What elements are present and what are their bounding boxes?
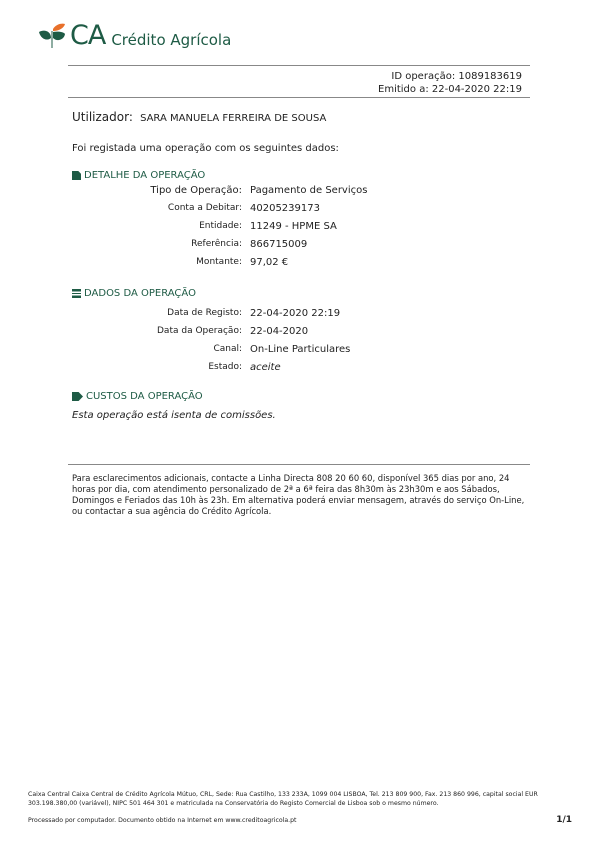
detail-row: Conta a Debitar:40205239173: [72, 199, 472, 217]
calendar-document-icon: [72, 289, 81, 298]
detail-row: Montante:97,02 €: [72, 253, 472, 271]
operation-meta: ID operação: 1089183619 Emitido a: 22-04…: [378, 70, 522, 96]
document-icon: [72, 171, 81, 180]
detalhe-rows: Tipo de Operação:Pagamento de Serviços C…: [72, 181, 472, 271]
data-row: Data da Operação:22-04-2020: [72, 322, 472, 340]
user-line: Utilizador: SARA MANUELA FERREIRA DE SOU…: [72, 110, 326, 124]
page-number: 1/1: [556, 815, 572, 825]
section-dados-title: DADOS DA OPERAÇÃO: [72, 288, 196, 299]
data-row: Data de Registo:22-04-2020 22:19: [72, 304, 472, 322]
logo-mark: CA: [70, 22, 105, 49]
footer-legal: Caixa Central Caixa Central de Crédito A…: [28, 790, 578, 808]
tags-icon: [72, 392, 83, 401]
meta-divider: [68, 97, 530, 98]
data-row: Estado:aceite: [72, 358, 472, 376]
status-value: aceite: [250, 362, 281, 373]
data-row: Canal:On-Line Particulares: [72, 340, 472, 358]
detail-row: Tipo de Operação:Pagamento de Serviços: [72, 181, 472, 199]
header-divider: [68, 65, 530, 66]
section-detalhe-title: DETALHE DA OPERAÇÃO: [72, 170, 205, 181]
dados-rows: Data de Registo:22-04-2020 22:19 Data da…: [72, 304, 472, 376]
costs-text: Esta operação está isenta de comissões.: [72, 410, 276, 421]
logo: CA Crédito Agrícola: [38, 22, 231, 49]
intro-text: Foi registada uma operação com os seguin…: [72, 143, 339, 154]
user-name: SARA MANUELA FERREIRA DE SOUSA: [140, 113, 326, 124]
detail-row: Referência:866715009: [72, 235, 472, 253]
issued-date: Emitido a: 22-04-2020 22:19: [378, 83, 522, 96]
user-label: Utilizador:: [72, 110, 133, 124]
detail-row: Entidade:11249 - HPME SA: [72, 217, 472, 235]
info-divider: [68, 464, 530, 465]
leaf-logo-icon: [38, 23, 66, 49]
info-text: Para esclarecimentos adicionais, contact…: [72, 473, 532, 517]
section-custos-title: CUSTOS DA OPERAÇÃO: [72, 391, 203, 402]
operation-id: ID operação: 1089183619: [378, 70, 522, 83]
brand-name: Crédito Agrícola: [111, 31, 231, 49]
footer-processed: Processado por computador. Documento obt…: [28, 817, 297, 824]
